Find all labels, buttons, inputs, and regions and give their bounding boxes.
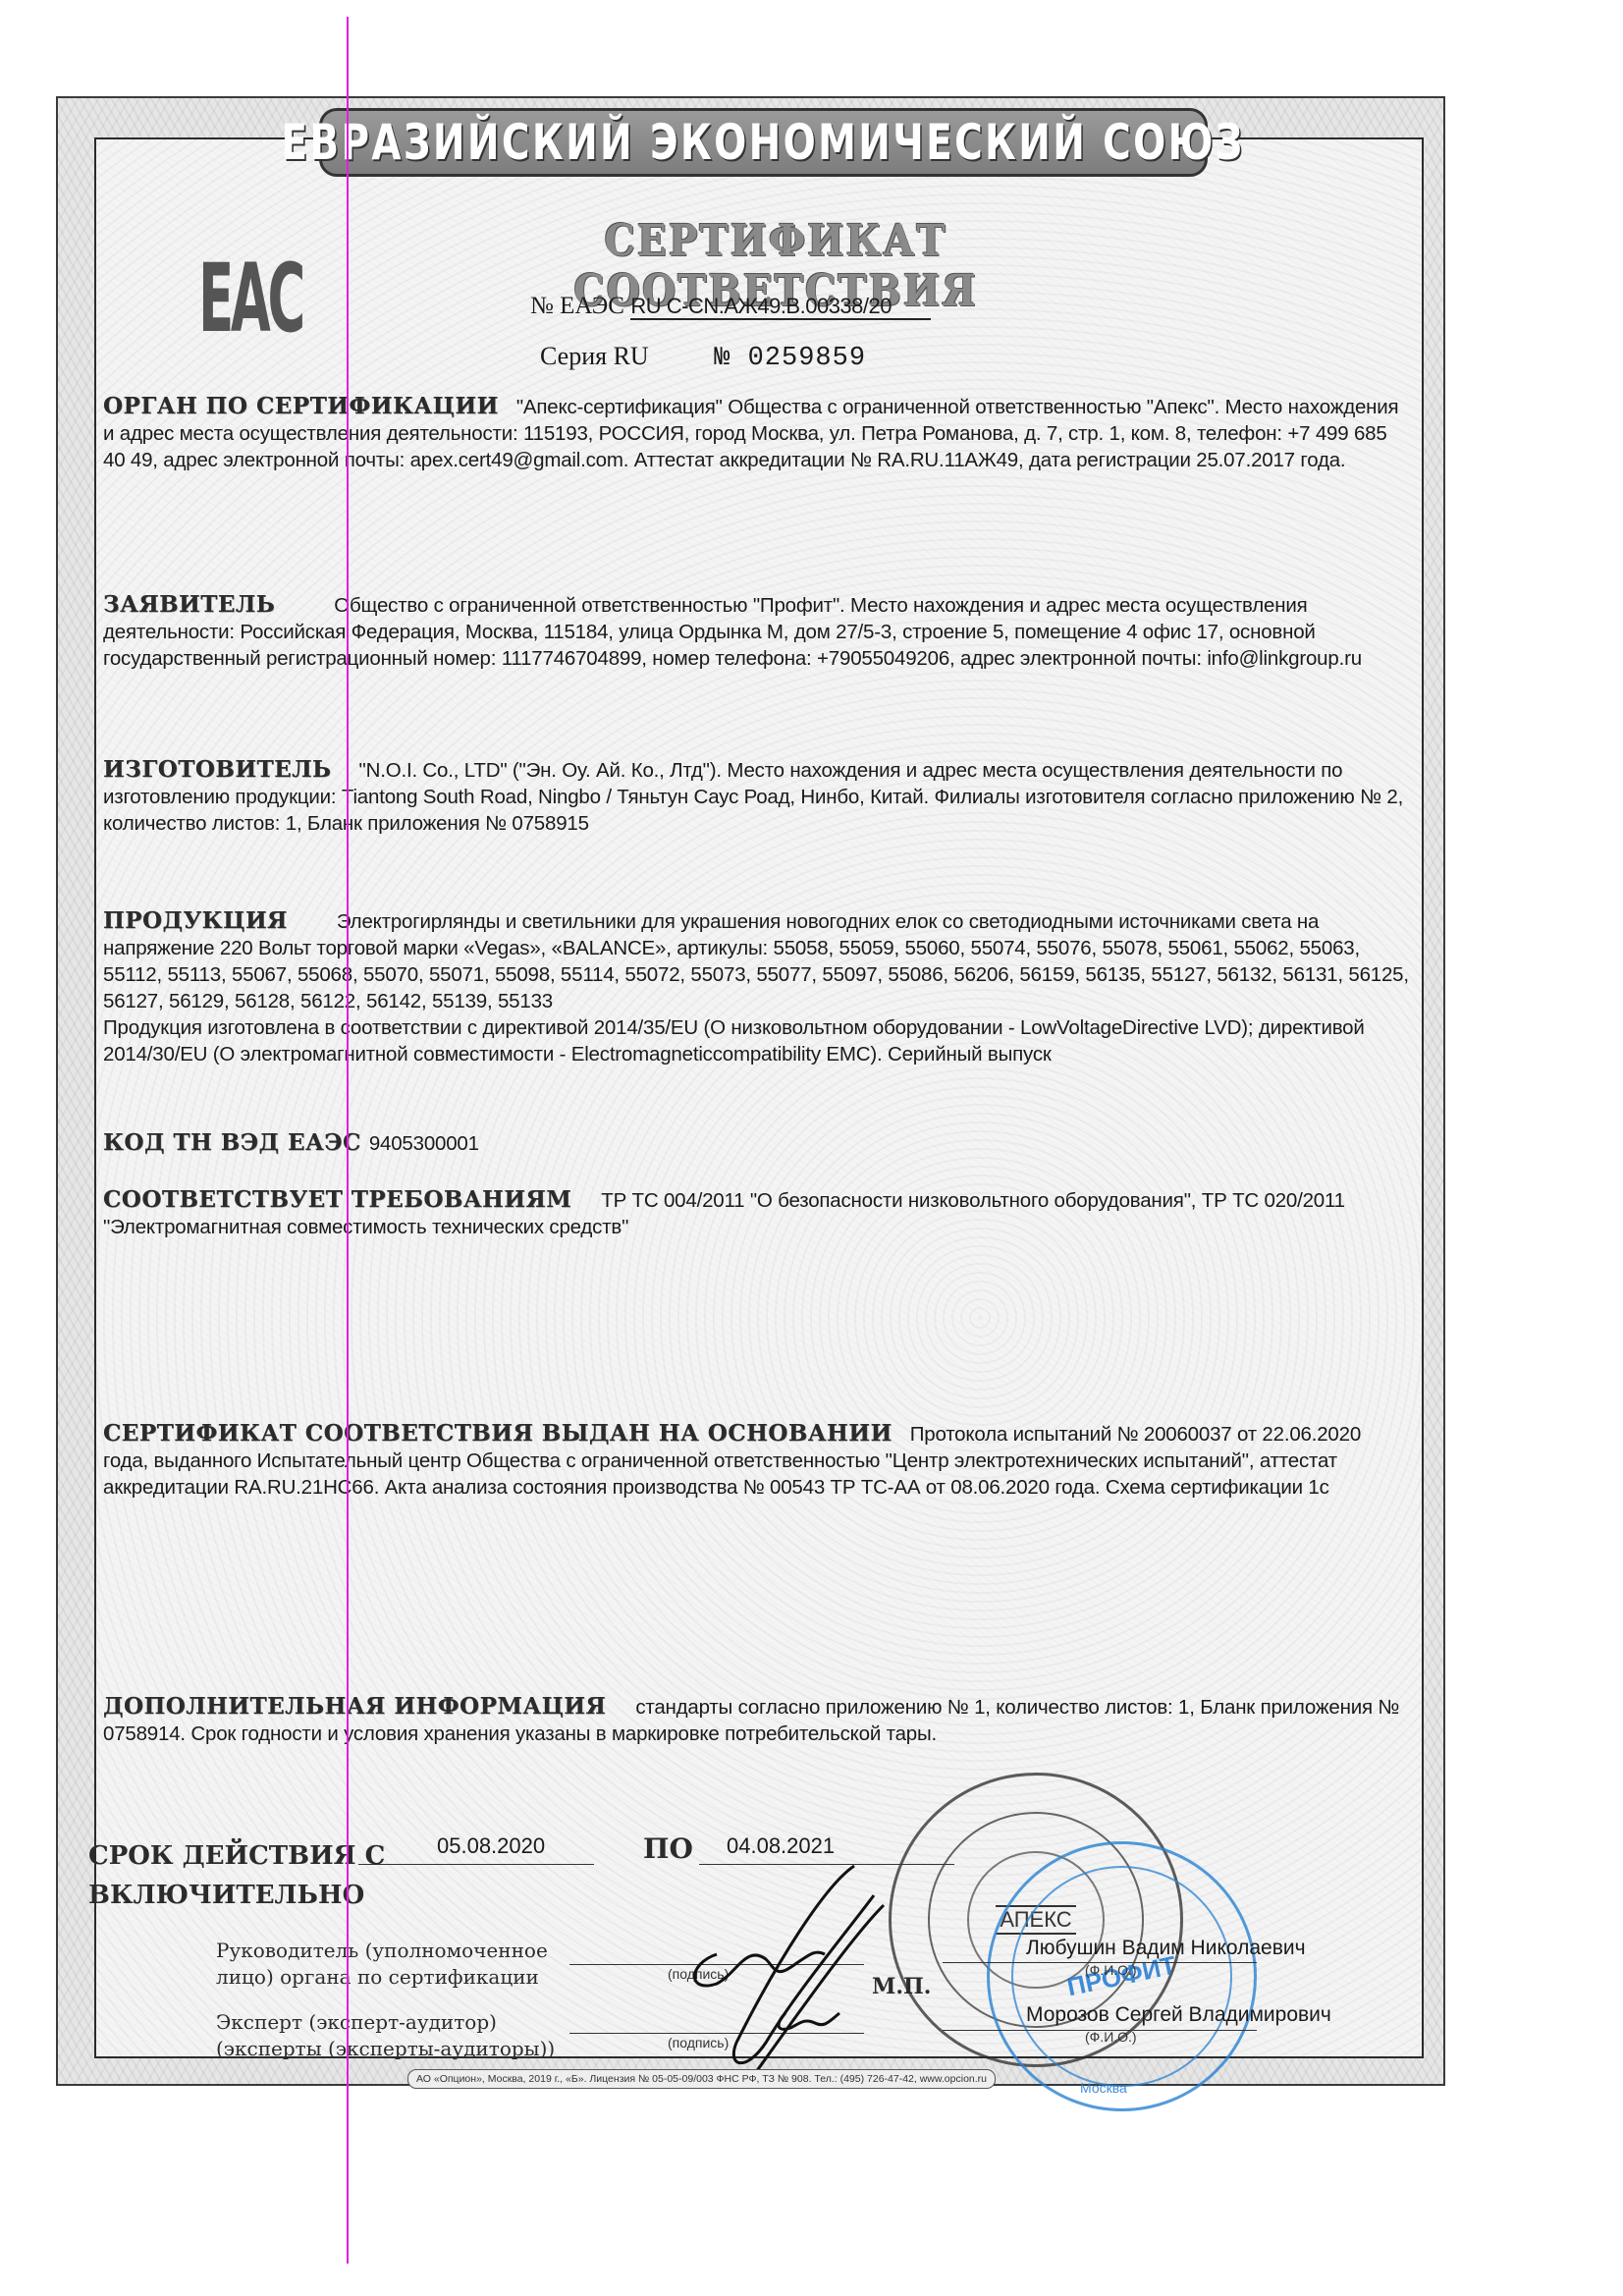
eac-logo-icon: ЕАС: [224, 253, 278, 344]
certificate-number-label: № ЕАЭС: [530, 293, 624, 319]
series-value: RU: [614, 342, 649, 370]
expert-name: Морозов Сергей Владимирович: [1026, 2003, 1331, 2027]
section-product: ПРОДУКЦИЯЭлектрогирлянды и светильники д…: [103, 907, 1409, 1067]
head-name-caption: (Ф.И.О.): [1085, 1962, 1137, 1978]
series-number: № 0259859: [714, 344, 866, 373]
section-manufacturer: ИЗГОТОВИТЕЛЬ"N.O.I. Co., LTD" ("Эн. Оу. …: [103, 756, 1409, 837]
expert-label-line1: Эксперт (эксперт-аудитор): [216, 2009, 555, 2036]
section-tn-ved-code: КОД ТН ВЭД ЕАЭС9405300001: [103, 1129, 1409, 1157]
validity-label-line1: СРОК ДЕЙСТВИЯ С: [88, 1836, 385, 1876]
head-signatory-name: Любушин Вадим Николаевич: [1026, 1937, 1306, 1960]
expert-label: Эксперт (эксперт-аудитор) (эксперты (экс…: [216, 2009, 555, 2062]
validity-from-underline: [358, 1864, 594, 1865]
expert-label-line2: (эксперты (эксперты-аудиторы)): [216, 2036, 555, 2062]
section-text: Электрогирлянды и светильники для украше…: [103, 910, 1409, 1012]
head-signatory-label: Руководитель (уполномоченное лицо) орган…: [216, 1938, 548, 1991]
section-certification-body: ОРГАН ПО СЕРТИФИКАЦИИ"Апекс-сертификация…: [103, 393, 1409, 473]
union-banner-text: ЕВРАЗИЙСКИЙ ЭКОНОМИЧЕСКИЙ СОЮЗ: [282, 114, 1245, 171]
vertical-guide-line: [347, 17, 349, 2264]
section-basis: СЕРТИФИКАТ СООТВЕТСТВИЯ ВЫДАН НА ОСНОВАН…: [103, 1420, 1409, 1501]
printer-imprint: АО «Опцион», Москва, 2019 г., «Б». Лицен…: [407, 2069, 996, 2089]
applicant-stamp-city: Москва: [1080, 2080, 1127, 2096]
section-applicant: ЗАЯВИТЕЛЬОбщество с ограниченной ответст…: [103, 591, 1409, 672]
section-heading: ПРОДУКЦИЯ: [103, 907, 288, 934]
section-text-directives: Продукция изготовлена в соответствии с д…: [103, 1014, 1409, 1067]
certificate-series: Серия RU № 0259859: [540, 342, 866, 373]
section-text: 9405300001: [369, 1132, 479, 1155]
section-text: Общество с ограниченной ответственностью…: [103, 594, 1362, 670]
section-heading: СООТВЕТСТВУЕТ ТРЕБОВАНИЯМ: [103, 1186, 571, 1213]
section-heading: КОД ТН ВЭД ЕАЭС: [103, 1129, 361, 1156]
validity-label: СРОК ДЕЙСТВИЯ С ВКЛЮЧИТЕЛЬНО: [88, 1836, 385, 1915]
union-banner: ЕВРАЗИЙСКИЙ ЭКОНОМИЧЕСКИЙ СОЮЗ: [319, 108, 1208, 177]
section-compliance: СООТВЕТСТВУЕТ ТРЕБОВАНИЯМТР ТС 004/2011 …: [103, 1186, 1409, 1240]
section-heading: ЗАЯВИТЕЛЬ: [103, 591, 275, 618]
head-label-line2: лицо) органа по сертификации: [216, 1964, 548, 1991]
section-heading: ДОПОЛНИТЕЛЬНАЯ ИНФОРМАЦИЯ: [103, 1693, 606, 1720]
section-heading: СЕРТИФИКАТ СООТВЕТСТВИЯ ВЫДАН НА ОСНОВАН…: [103, 1420, 893, 1447]
certificate-number-value: RU C-CN.АЖ49.В.00338/20: [630, 294, 931, 320]
series-number-label: №: [714, 344, 730, 373]
expert-name-caption: (Ф.И.О.): [1085, 2029, 1137, 2045]
certificate-number: № ЕАЭС RU C-CN.АЖ49.В.00338/20: [530, 293, 931, 320]
section-heading: ИЗГОТОВИТЕЛЬ: [103, 756, 332, 783]
series-label: Серия: [540, 342, 607, 370]
validity-label-line2: ВКЛЮЧИТЕЛЬНО: [88, 1876, 385, 1915]
section-additional-info: ДОПОЛНИТЕЛЬНАЯ ИНФОРМАЦИЯстандарты согла…: [103, 1693, 1409, 1747]
series-number-value: 0259859: [748, 344, 866, 373]
validity-from-date: 05.08.2020: [437, 1833, 545, 1859]
section-heading: ОРГАН ПО СЕРТИФИКАЦИИ: [103, 393, 499, 419]
head-label-line1: Руководитель (уполномоченное: [216, 1938, 548, 1964]
handwritten-signatures-icon: [628, 1846, 903, 2082]
